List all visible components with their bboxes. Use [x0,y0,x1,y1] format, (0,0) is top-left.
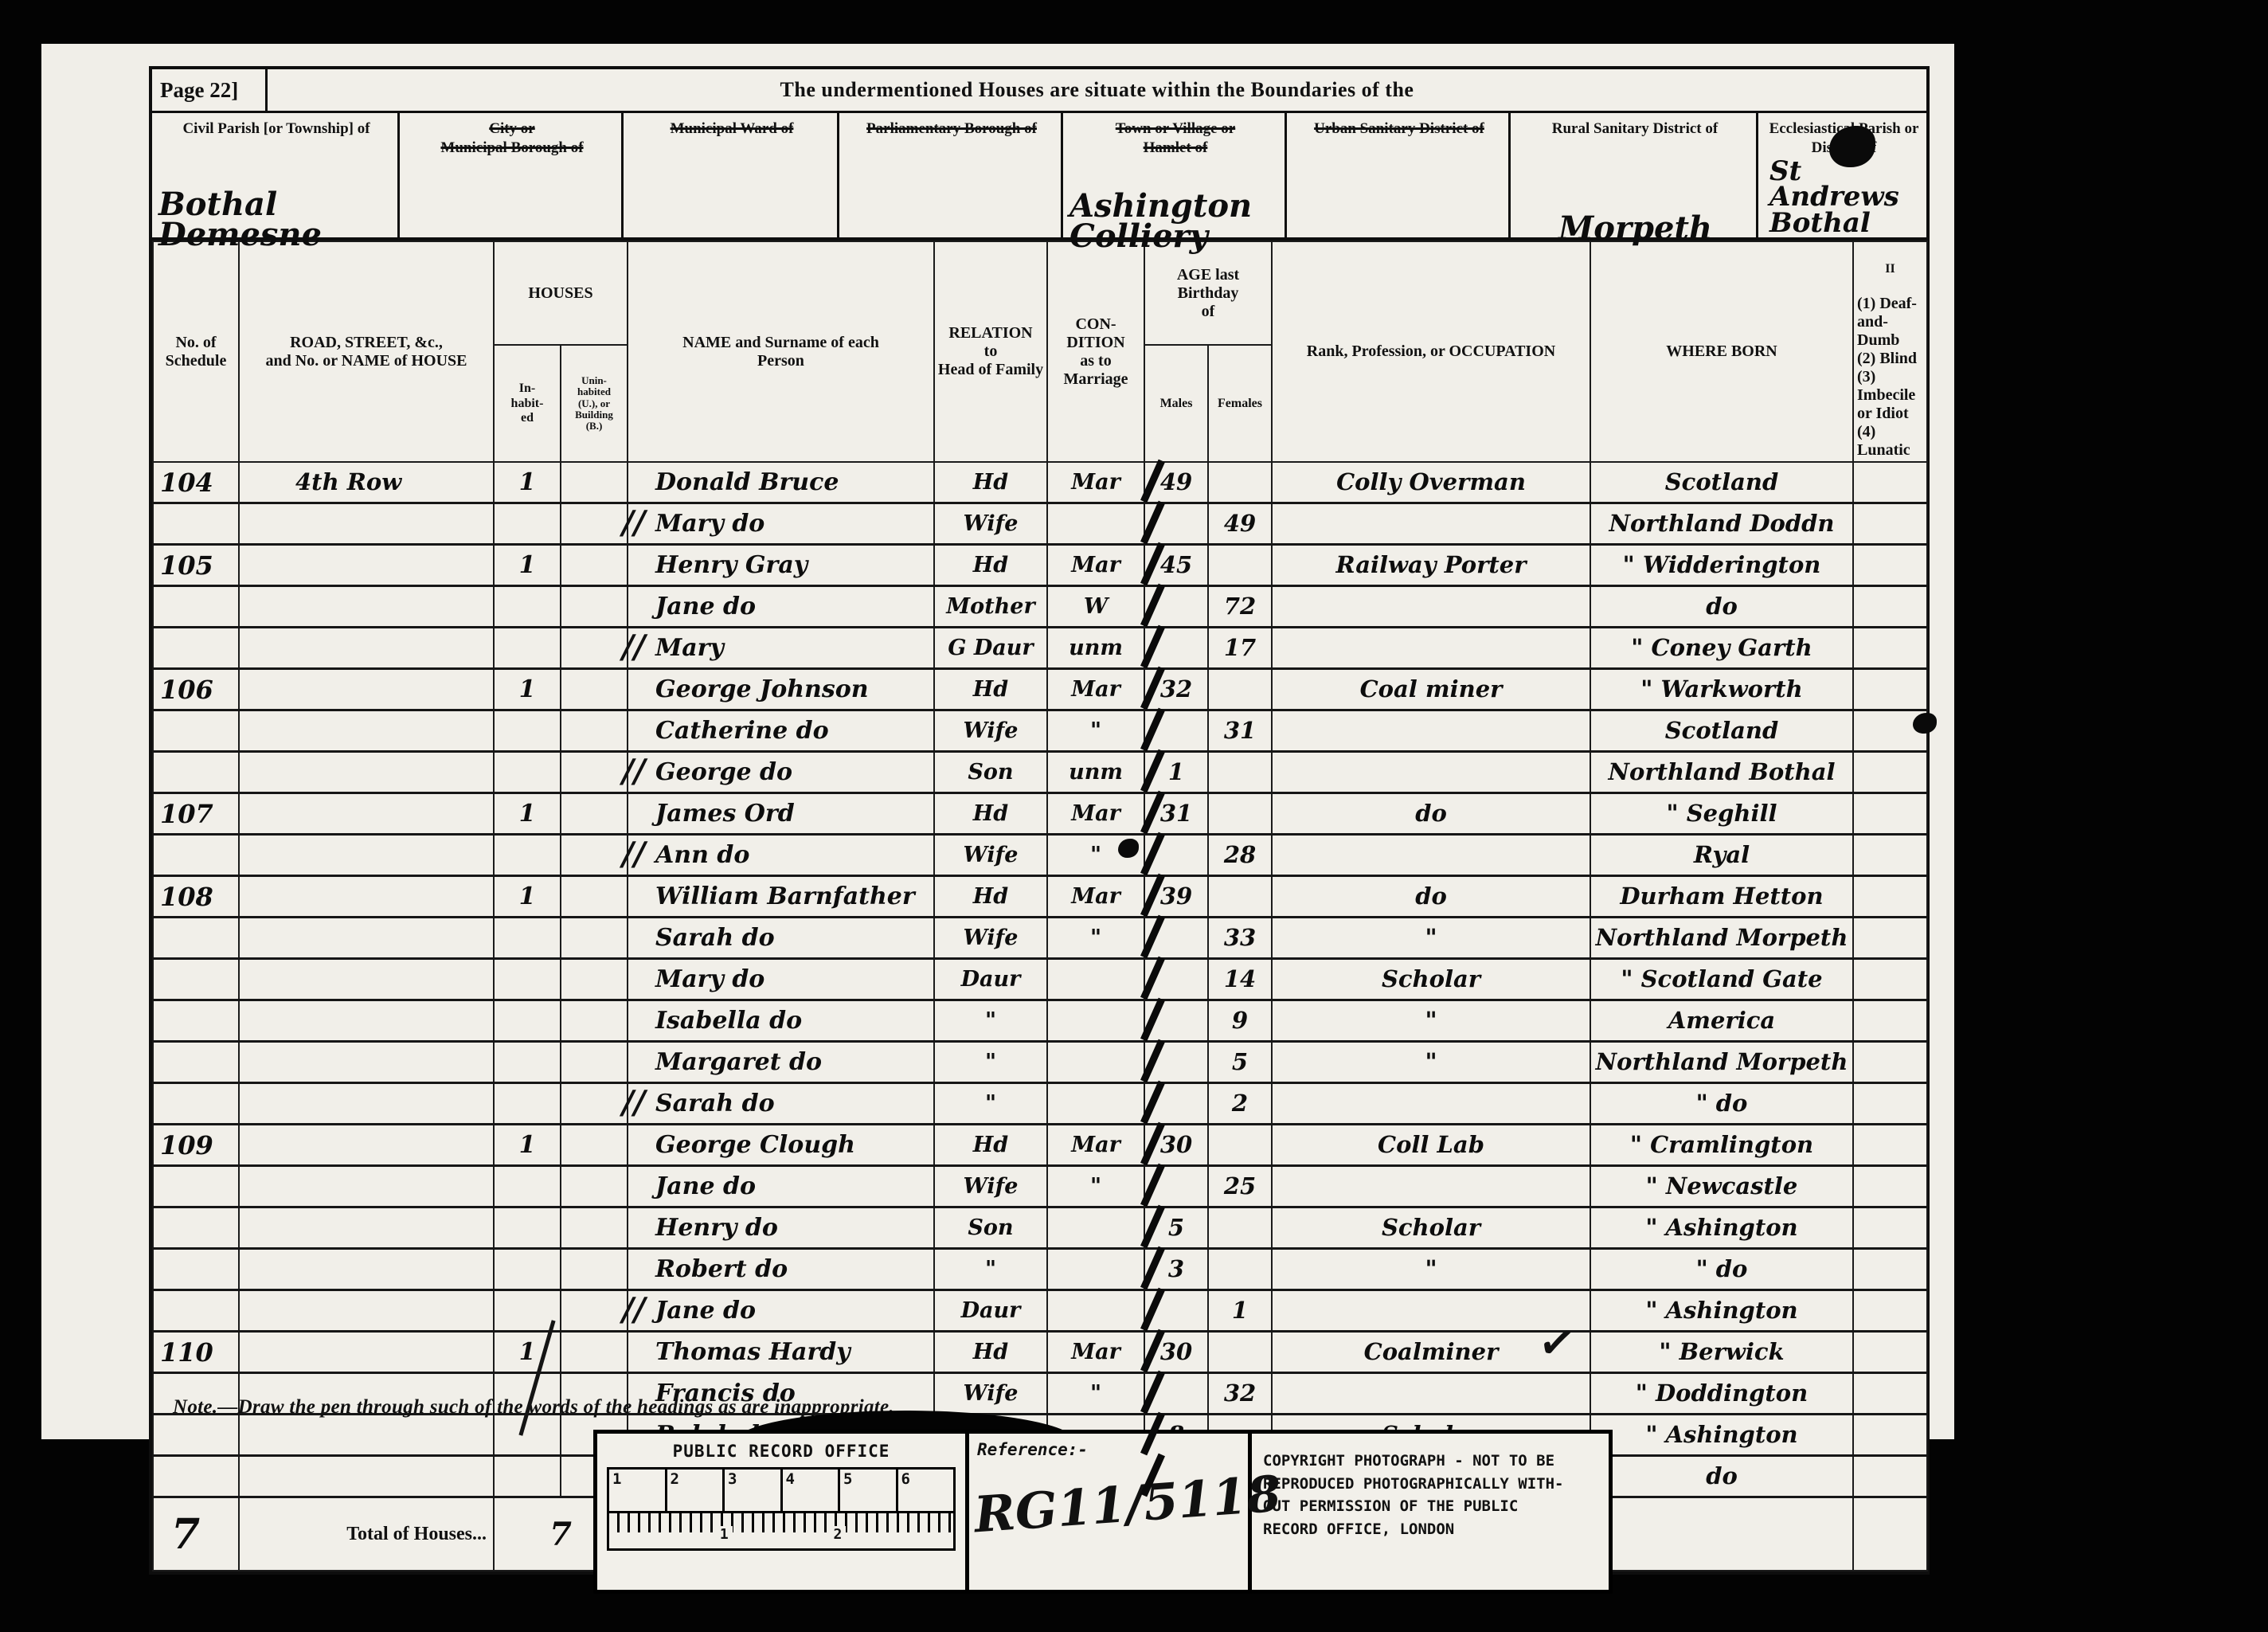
civil-parish-label: Civil Parish [or Township] of [160,119,393,139]
cell-uninhabited [561,628,628,669]
cell-occupation [1272,503,1590,545]
table-row: Mary do Wife 49 Northland Doddn [153,503,1927,545]
census-table-body: 104 4th Row 1 Donald Bruce Hd Mar 49 Col… [153,462,1927,1497]
census-table: No. of Schedule ROAD, STREET, &c., and N… [152,241,1928,1571]
cell-road [239,1249,494,1290]
cell-road [239,1332,494,1373]
cell-inhabited: 1 [494,793,561,835]
cell-name: George Clough [628,1125,934,1166]
cell-occupation: Scholar [1272,959,1590,1000]
cell-infirmities [1853,1249,1927,1290]
table-row: Mary do Daur 14 Scholar " Scotland Gate [153,959,1927,1000]
cell-condition [1047,1083,1144,1125]
cell-inhabited [494,918,561,959]
cell-infirmities [1853,1207,1927,1249]
cell-uninhabited [561,1042,628,1083]
cell-occupation: Scholar [1272,1207,1590,1249]
cell-infirmities [1853,918,1927,959]
col-condition: CON- DITION as to Marriage [1047,241,1144,462]
cell-condition: Mar [1047,1125,1144,1166]
cell-schedule [153,1290,239,1332]
cell-schedule [153,959,239,1000]
cell-occupation: Coll Lab [1272,1125,1590,1166]
cell-relation: Wife [934,1373,1047,1415]
cell-infirmities [1853,793,1927,835]
rural-sanitary-label: Rural Sanitary District of [1519,119,1751,139]
cell-inhabited [494,959,561,1000]
cell-age-female: 33 [1208,918,1272,959]
cell-age-female [1208,1332,1272,1373]
cell-inhabited: 1 [494,1125,561,1166]
totals-houses-label: Total of Houses... [239,1497,494,1571]
cell-schedule [153,1249,239,1290]
totals-empty-born [1590,1497,1853,1571]
ruler-ticks: 1 2 [607,1513,956,1551]
cell-where-born: " Seghill [1590,793,1853,835]
cell-condition [1047,1207,1144,1249]
totals-empty-infirm [1853,1497,1927,1571]
table-row: Sarah do " 2 " do [153,1083,1927,1125]
cell-infirmities [1853,959,1927,1000]
table-header: No. of Schedule ROAD, STREET, &c., and N… [153,241,1927,462]
cell-where-born: Ryal [1590,835,1853,876]
cell-condition: W [1047,586,1144,628]
cell-infirmities [1853,835,1927,876]
cell-name: Jane do [628,586,934,628]
cell-road [239,752,494,793]
cell-occupation [1272,1373,1590,1415]
pen-checkmark: ✓ [1535,1314,1580,1372]
cell-inhabited [494,1083,561,1125]
table-row: Margaret do " 5 " Northland Morpeth [153,1042,1927,1083]
cell-road [239,1290,494,1332]
cell-road [239,1042,494,1083]
cell-uninhabited [561,1249,628,1290]
cell-condition: Mar [1047,1332,1144,1373]
cell-road [239,1207,494,1249]
census-form: Page 22] The undermentioned Houses are s… [149,66,1930,1575]
col-schedule: No. of Schedule [153,241,239,462]
cell-uninhabited [561,462,628,503]
table-row: 105 1 Henry Gray Hd Mar 45 Railway Porte… [153,545,1927,586]
cell-age-female [1208,752,1272,793]
cell-schedule [153,752,239,793]
cell-uninhabited [561,1207,628,1249]
city-borough-label: City or Municipal Borough of [408,119,616,158]
town-village-label: Town or Village or Hamlet of [1071,119,1280,158]
col-occupation: Rank, Profession, or OCCUPATION [1272,241,1590,462]
cell-where-born: " Ashington [1590,1415,1853,1456]
reference-label: Reference:- [977,1440,1088,1459]
cell-name: Jane do [628,1290,934,1332]
cell-uninhabited [561,793,628,835]
cell-schedule [153,710,239,752]
cell-road [239,876,494,918]
cell-schedule [153,1207,239,1249]
cell-inhabited: 1 [494,669,561,710]
table-row: 106 1 George Johnson Hd Mar 32 Coal mine… [153,669,1927,710]
pro-office-name: PUBLIC RECORD OFFICE [607,1442,956,1470]
cell-condition: Mar [1047,793,1144,835]
cell-infirmities [1853,1042,1927,1083]
cell-schedule: 107 [153,793,239,835]
cell-inhabited [494,1249,561,1290]
cell-occupation [1272,586,1590,628]
cell-condition: " [1047,710,1144,752]
cell-inhabited [494,1000,561,1042]
cell-road [239,669,494,710]
cell-where-born: Northland Morpeth [1590,918,1853,959]
cell-where-born: " Berwick [1590,1332,1853,1373]
col-females: Females [1208,345,1272,462]
cell-occupation [1272,1166,1590,1207]
table-row: Jane do Wife " 25 " Newcastle [153,1166,1927,1207]
cell-age-female: 49 [1208,503,1272,545]
cell-relation: Mother [934,586,1047,628]
cell-condition: " [1047,1166,1144,1207]
cell-name: Henry Gray [628,545,934,586]
col-age: AGE last Birthday of [1144,241,1272,345]
cell-road [239,918,494,959]
cell-schedule: 105 [153,545,239,586]
cell-name: George do [628,752,934,793]
cell-road: 4th Row [239,462,494,503]
cell-uninhabited [561,1166,628,1207]
rural-sanitary-cell: Rural Sanitary District of Morpeth [1511,113,1758,237]
col-relation: RELATION to Head of Family [934,241,1047,462]
cell-infirmities [1853,1415,1927,1456]
cell-where-born: " do [1590,1249,1853,1290]
cell-road [239,545,494,586]
stamp-ruler-section: PUBLIC RECORD OFFICE 1 2 3 4 5 6 1 2 [597,1434,969,1590]
cell-occupation: do [1272,876,1590,918]
cell-road [239,1456,494,1497]
cell-condition: " [1047,1373,1144,1415]
cell-name: Jane do [628,1166,934,1207]
cell-relation: Hd [934,1125,1047,1166]
urban-sanitary-label: Urban Sanitary District of [1295,119,1504,139]
cell-occupation: " [1272,1249,1590,1290]
cell-where-born: Durham Hetton [1590,876,1853,918]
col-where-born: WHERE BORN [1590,241,1853,462]
cell-age-female [1208,876,1272,918]
district-header: Civil Parish [or Township] of Bothal Dem… [152,113,1926,241]
ruler-inch-number: 2 [829,1526,846,1543]
cell-uninhabited [561,1083,628,1125]
cell-relation: Wife [934,710,1047,752]
cell-infirmities [1853,462,1927,503]
ruler-number: 2 [667,1470,725,1511]
cell-inhabited: 1 [494,462,561,503]
cell-infirmities [1853,1083,1927,1125]
cell-where-born: Northland Morpeth [1590,1042,1853,1083]
col-houses: HOUSES [494,241,628,345]
cell-occupation: Coal miner [1272,669,1590,710]
cell-age-female [1208,545,1272,586]
town-village-cell: Town or Village or Hamlet of Ashington C… [1063,113,1287,237]
col-road: ROAD, STREET, &c., and No. or NAME of HO… [239,241,494,462]
col-infirmities: II (1) Deaf-and-Dumb (2) Blind (3) Imbec… [1853,241,1927,462]
cell-schedule [153,1415,239,1456]
cell-age-female [1208,1207,1272,1249]
cell-relation: Wife [934,835,1047,876]
cell-where-born: " Coney Garth [1590,628,1853,669]
cell-schedule: 109 [153,1125,239,1166]
cell-condition: Mar [1047,876,1144,918]
cell-relation: Hd [934,876,1047,918]
cell-inhabited [494,586,561,628]
cell-schedule [153,1456,239,1497]
cell-name: Catherine do [628,710,934,752]
cell-infirmities [1853,628,1927,669]
cell-name: Isabella do [628,1000,934,1042]
cell-inhabited [494,1415,561,1456]
cell-infirmities [1853,586,1927,628]
copyright-notice: COPYRIGHT PHOTOGRAPH - NOT TO BE REPRODU… [1252,1434,1609,1590]
cell-road [239,503,494,545]
cell-where-born: America [1590,1000,1853,1042]
cell-where-born: " Newcastle [1590,1166,1853,1207]
cell-occupation [1272,710,1590,752]
cell-occupation [1272,628,1590,669]
cell-inhabited: 1 [494,545,561,586]
table-row: Sarah do Wife " 33 " Northland Morpeth [153,918,1927,959]
cell-relation: Wife [934,1166,1047,1207]
cell-road [239,793,494,835]
census-photograph: Page 22] The undermentioned Houses are s… [0,0,2268,1632]
cell-where-born: Scotland [1590,462,1853,503]
cell-name: Henry do [628,1207,934,1249]
ruler-number: 4 [783,1470,841,1511]
ruler-inch-number: 1 [716,1526,733,1543]
cell-schedule [153,1042,239,1083]
cell-road [239,1000,494,1042]
cell-name: Mary do [628,959,934,1000]
table-row: Catherine do Wife " 31 Scotland [153,710,1927,752]
cell-schedule [153,503,239,545]
page-number: Page 22] [152,69,268,111]
reference-value: RG11/5118 [972,1465,1283,1544]
cell-inhabited [494,503,561,545]
cell-relation: G Daur [934,628,1047,669]
cell-schedule [153,1083,239,1125]
cell-name: Mary [628,628,934,669]
table-row: 108 1 William Barnfather Hd Mar 39 do Du… [153,876,1927,918]
col-males: Males [1144,345,1208,462]
parliamentary-borough-label: Parliamentary Borough of [847,119,1056,139]
cell-age-female [1208,1249,1272,1290]
cell-name: Ann do [628,835,934,876]
cell-age-female: 25 [1208,1166,1272,1207]
cell-relation: Son [934,752,1047,793]
table-row: Ann do Wife " 28 Ryal [153,835,1927,876]
cell-uninhabited [561,918,628,959]
cell-uninhabited [561,1000,628,1042]
cell-condition [1047,1290,1144,1332]
cell-infirmities [1853,503,1927,545]
cell-inhabited [494,1166,561,1207]
infirmities-items: (1) Deaf-and-Dumb (2) Blind (3) Imbecile… [1857,295,1917,459]
cell-where-born: do [1590,586,1853,628]
cell-schedule [153,628,239,669]
cell-road [239,1125,494,1166]
table-row: Robert do " 3 " " do [153,1249,1927,1290]
table-row: 110 1 Thomas Hardy Hd Mar 30 Coalminer "… [153,1332,1927,1373]
cell-uninhabited [561,669,628,710]
cell-schedule [153,586,239,628]
cell-occupation: " [1272,918,1590,959]
cell-infirmities [1853,1456,1927,1497]
cell-where-born: " do [1590,1083,1853,1125]
cell-inhabited [494,1456,561,1497]
cell-where-born: " Ashington [1590,1207,1853,1249]
form-title: The undermentioned Houses are situate wi… [268,78,1926,102]
cell-road [239,628,494,669]
ruler-number: 3 [725,1470,783,1511]
ruler-number: 6 [898,1470,954,1511]
cell-name: Margaret do [628,1042,934,1083]
table-row: George do Son unm 1 Northland Bothal [153,752,1927,793]
cell-infirmities [1853,876,1927,918]
cell-road [239,1083,494,1125]
table-row: Isabella do " 9 " America [153,1000,1927,1042]
cell-uninhabited [561,545,628,586]
ruler-number: 1 [609,1470,667,1511]
cell-age-female [1208,462,1272,503]
ruler-number: 5 [840,1470,898,1511]
ecclesiastical-parish-cell: Ecclesiastical Parish or District of St … [1758,113,1926,237]
cell-infirmities [1853,1332,1927,1373]
cell-inhabited [494,1042,561,1083]
totals-schedule-mark: 7 [153,1497,239,1571]
col-name: NAME and Surname of each Person [628,241,934,462]
cell-condition: " [1047,918,1144,959]
cell-relation: Daur [934,959,1047,1000]
cell-age-female: 28 [1208,835,1272,876]
ruler-scale: 1 2 3 4 5 6 [607,1470,956,1513]
infirmities-title: II [1857,262,1923,276]
cell-condition [1047,1000,1144,1042]
cell-uninhabited [561,586,628,628]
cell-where-born: " Warkworth [1590,669,1853,710]
cell-age-female: 31 [1208,710,1272,752]
cell-schedule [153,918,239,959]
cell-where-born: " Widderington [1590,545,1853,586]
cell-uninhabited [561,1332,628,1373]
public-record-office-stamp: PUBLIC RECORD OFFICE 1 2 3 4 5 6 1 2 Ref… [593,1430,1613,1594]
cell-condition: Mar [1047,545,1144,586]
cell-infirmities [1853,1125,1927,1166]
city-borough-cell: City or Municipal Borough of [400,113,624,237]
cell-name: George Johnson [628,669,934,710]
cell-relation: Wife [934,503,1047,545]
cell-inhabited [494,835,561,876]
cell-relation: Son [934,1207,1047,1249]
cell-relation: Hd [934,669,1047,710]
table-row: Mary G Daur unm 17 " Coney Garth [153,628,1927,669]
cell-relation: " [934,1042,1047,1083]
cell-uninhabited [561,959,628,1000]
cell-name: Robert do [628,1249,934,1290]
rural-sanitary-value: Morpeth [1558,213,1712,244]
cell-infirmities [1853,1290,1927,1332]
urban-sanitary-cell: Urban Sanitary District of [1287,113,1511,237]
cell-uninhabited [561,1290,628,1332]
cell-name: Donald Bruce [628,462,934,503]
cell-where-born: Scotland [1590,710,1853,752]
cell-inhabited [494,752,561,793]
cell-where-born: " Cramlington [1590,1125,1853,1166]
cell-occupation: Railway Porter [1272,545,1590,586]
cell-inhabited: 1 [494,876,561,918]
cell-schedule [153,835,239,876]
cell-schedule: 106 [153,669,239,710]
cell-age-female: 2 [1208,1083,1272,1125]
cell-where-born: " Ashington [1590,1290,1853,1332]
ink-blot [1913,713,1937,734]
cell-infirmities [1853,1000,1927,1042]
table-row: 109 1 George Clough Hd Mar 30 Coll Lab "… [153,1125,1927,1166]
cell-name: James Ord [628,793,934,835]
cell-age-female: 9 [1208,1000,1272,1042]
cell-uninhabited [561,752,628,793]
cell-condition: Mar [1047,462,1144,503]
cell-relation: Hd [934,1332,1047,1373]
cell-schedule: 104 [153,462,239,503]
cell-condition [1047,1042,1144,1083]
town-village-value: Ashington Colliery [1069,191,1285,252]
cell-where-born: Northland Doddn [1590,503,1853,545]
civil-parish-cell: Civil Parish [or Township] of Bothal Dem… [152,113,400,237]
cell-condition [1047,503,1144,545]
cell-where-born: Northland Bothal [1590,752,1853,793]
cell-occupation [1272,1083,1590,1125]
cell-road [239,1166,494,1207]
col-inhabited: In- habit- ed [494,345,561,462]
cell-relation: Hd [934,462,1047,503]
ecclesiastical-parish-value: St Andrews Bothal [1769,159,1926,236]
cell-uninhabited [561,835,628,876]
cell-condition: Mar [1047,669,1144,710]
cell-age-female [1208,1125,1272,1166]
cell-name: Sarah do [628,1083,934,1125]
cell-condition: unm [1047,752,1144,793]
cell-infirmities [1853,1373,1927,1415]
cell-age-female: 14 [1208,959,1272,1000]
cell-condition: unm [1047,628,1144,669]
cell-road [239,835,494,876]
parliamentary-borough-cell: Parliamentary Borough of [839,113,1063,237]
cell-where-born: " Scotland Gate [1590,959,1853,1000]
title-band: Page 22] The undermentioned Houses are s… [152,69,1926,113]
cell-schedule: 108 [153,876,239,918]
cell-inhabited [494,710,561,752]
table-row: Jane do Mother W 72 do [153,586,1927,628]
cell-condition [1047,959,1144,1000]
cell-road [239,1415,494,1456]
cell-road [239,710,494,752]
cell-uninhabited [561,503,628,545]
municipal-ward-label: Municipal Ward of [632,119,832,139]
cell-relation: " [934,1083,1047,1125]
cell-condition [1047,1249,1144,1290]
cell-relation: Hd [934,793,1047,835]
cell-infirmities [1853,545,1927,586]
cell-occupation: do [1272,793,1590,835]
cell-schedule: 110 [153,1332,239,1373]
table-row: 104 4th Row 1 Donald Bruce Hd Mar 49 Col… [153,462,1927,503]
cell-age-female [1208,793,1272,835]
